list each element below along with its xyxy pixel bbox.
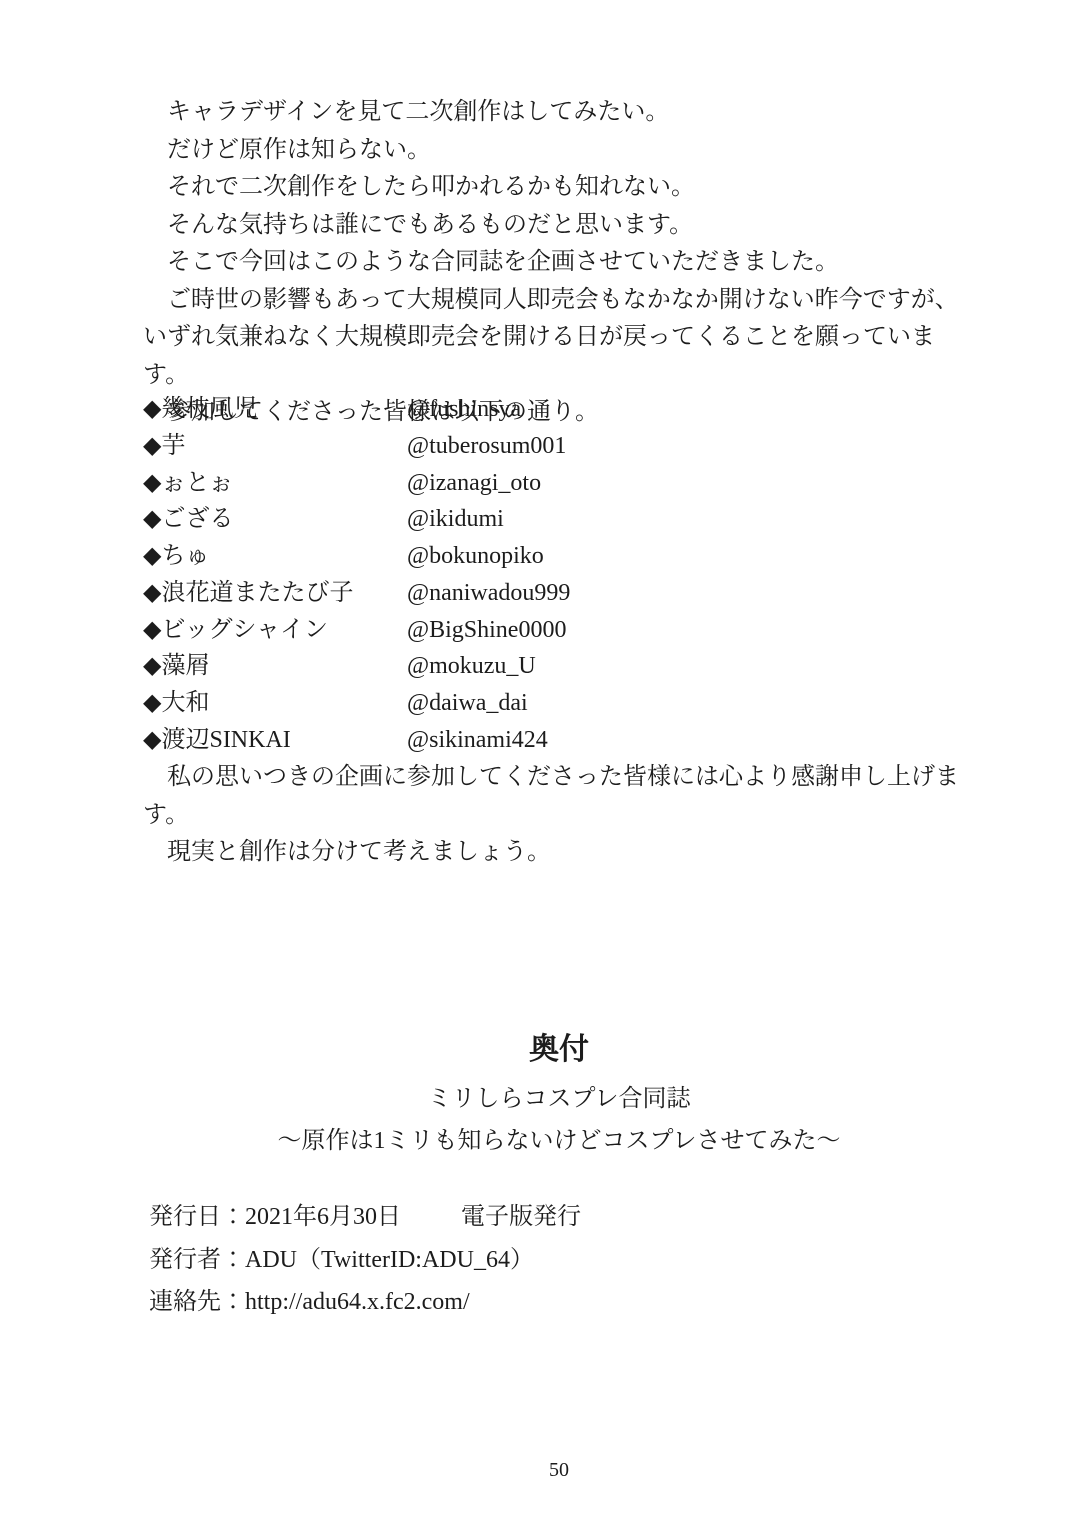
participant-name: 藻屑: [161, 653, 209, 679]
participant-name: ぉとぉ: [161, 470, 233, 496]
participant-row: ◆ちゅ @bokunopiko: [143, 538, 975, 575]
participant-twitter-handle: @fushinsya: [407, 391, 521, 428]
colophon-titles: ミリしらコスプレ合同誌 ～原作は1ミリも知らないけどコスプレさせてみた～: [143, 1078, 975, 1162]
participant-row: ◆芋 @tuberosum001: [143, 428, 975, 465]
participant-name: 渡辺SINKAI: [161, 727, 290, 753]
participant-name: ちゅ: [161, 543, 209, 569]
afterword-paragraph: そんな気持ちは誰にでもあるものだと思います。: [143, 207, 975, 245]
diamond-bullet-icon: ◆: [143, 543, 161, 569]
edition-note: 電子版発行: [461, 1204, 581, 1230]
participant-row: ◆ぉとぉ @izanagi_oto: [143, 465, 975, 502]
diamond-bullet-icon: ◆: [143, 617, 161, 643]
participant-twitter-handle: @ikidumi: [407, 501, 504, 538]
diamond-bullet-icon: ◆: [143, 690, 161, 716]
participant-row: ◆藻屑 @mokuzu_U: [143, 648, 975, 685]
participant-twitter-handle: @tuberosum001: [407, 428, 566, 465]
diamond-bullet-icon: ◆: [143, 653, 161, 679]
diamond-bullet-icon: ◆: [143, 580, 161, 606]
colophon-heading: 奥付: [143, 1030, 975, 1070]
participant-name: 幾枝風児: [161, 396, 257, 422]
participant-row: ◆幾枝風児 @fushinsya: [143, 391, 975, 428]
participant-twitter-handle: @BigShine0000: [407, 612, 566, 649]
afterword-paragraph: それで二次創作をしたら叩かれるかも知れない。: [143, 169, 975, 207]
diamond-bullet-icon: ◆: [143, 396, 161, 422]
afterword-paragraph: そこで今回はこのような合同誌を企画させていただきました。: [143, 244, 975, 282]
participant-row: ◆渡辺SINKAI @sikinami424: [143, 722, 975, 759]
participant-name: 浪花道またたび子: [161, 580, 353, 606]
diamond-bullet-icon: ◆: [143, 470, 161, 496]
participants-list: ◆幾枝風児 @fushinsya ◆芋 @tuberosum001 ◆ぉとぉ @…: [143, 391, 975, 759]
participant-name: ビッグシャイン: [161, 617, 328, 643]
colophon: 奥付 ミリしらコスプレ合同誌 ～原作は1ミリも知らないけどコスプレさせてみた～: [143, 1030, 975, 1162]
diamond-bullet-icon: ◆: [143, 506, 161, 532]
diamond-bullet-icon: ◆: [143, 727, 161, 753]
participant-twitter-handle: @naniwadou999: [407, 575, 570, 612]
book-title: ミリしらコスプレ合同誌: [143, 1078, 975, 1120]
participant-row: ◆ビッグシャイン @BigShine0000: [143, 612, 975, 649]
participant-name: ござる: [161, 506, 233, 532]
publisher-line: 発行者：ADU（TwitterID:ADU_64）: [149, 1239, 975, 1282]
closing-line: 私の思いつきの企画に参加してくださった皆様には心より感謝申し上げます。: [143, 759, 975, 834]
participant-twitter-handle: @mokuzu_U: [407, 648, 536, 685]
participant-twitter-handle: @bokunopiko: [407, 538, 544, 575]
participant-name: 大和: [161, 690, 209, 716]
afterword-paragraphs: キャラデザインを見て二次創作はしてみたい。 だけど原作は知らない。 それで二次創…: [143, 94, 975, 432]
participant-twitter-handle: @daiwa_dai: [407, 685, 528, 722]
participant-name: 芋: [161, 433, 185, 459]
afterword-closing: 私の思いつきの企画に参加してくださった皆様には心より感謝申し上げます。 現実と創…: [143, 759, 975, 872]
contact-line: 連絡先：http://adu64.x.fc2.com/: [149, 1281, 975, 1324]
closing-line: 現実と創作は分けて考えましょう。: [143, 834, 975, 872]
book-subtitle: ～原作は1ミリも知らないけどコスプレさせてみた～: [143, 1120, 975, 1162]
publication-info: 発行日：2021年6月30日電子版発行 発行者：ADU（TwitterID:AD…: [149, 1196, 975, 1324]
participant-twitter-handle: @izanagi_oto: [407, 465, 541, 502]
afterword-paragraph: キャラデザインを見て二次創作はしてみたい。: [143, 94, 975, 132]
participant-row: ◆ござる @ikidumi: [143, 501, 975, 538]
participant-twitter-handle: @sikinami424: [407, 722, 548, 759]
afterword-paragraph: だけど原作は知らない。: [143, 132, 975, 170]
participant-row: ◆浪花道またたび子 @naniwadou999: [143, 575, 975, 612]
publication-date: 発行日：2021年6月30日: [149, 1204, 401, 1230]
diamond-bullet-icon: ◆: [143, 433, 161, 459]
publication-date-line: 発行日：2021年6月30日電子版発行: [149, 1196, 975, 1239]
document-page: キャラデザインを見て二次創作はしてみたい。 だけど原作は知らない。 それで二次創…: [0, 0, 1075, 1518]
participant-row: ◆大和 @daiwa_dai: [143, 685, 975, 722]
afterword-paragraph: ご時世の影響もあって大規模同人即売会もなかなか開けない昨今ですが、いずれ気兼ねな…: [143, 282, 975, 395]
page-number: 50: [143, 1458, 975, 1482]
